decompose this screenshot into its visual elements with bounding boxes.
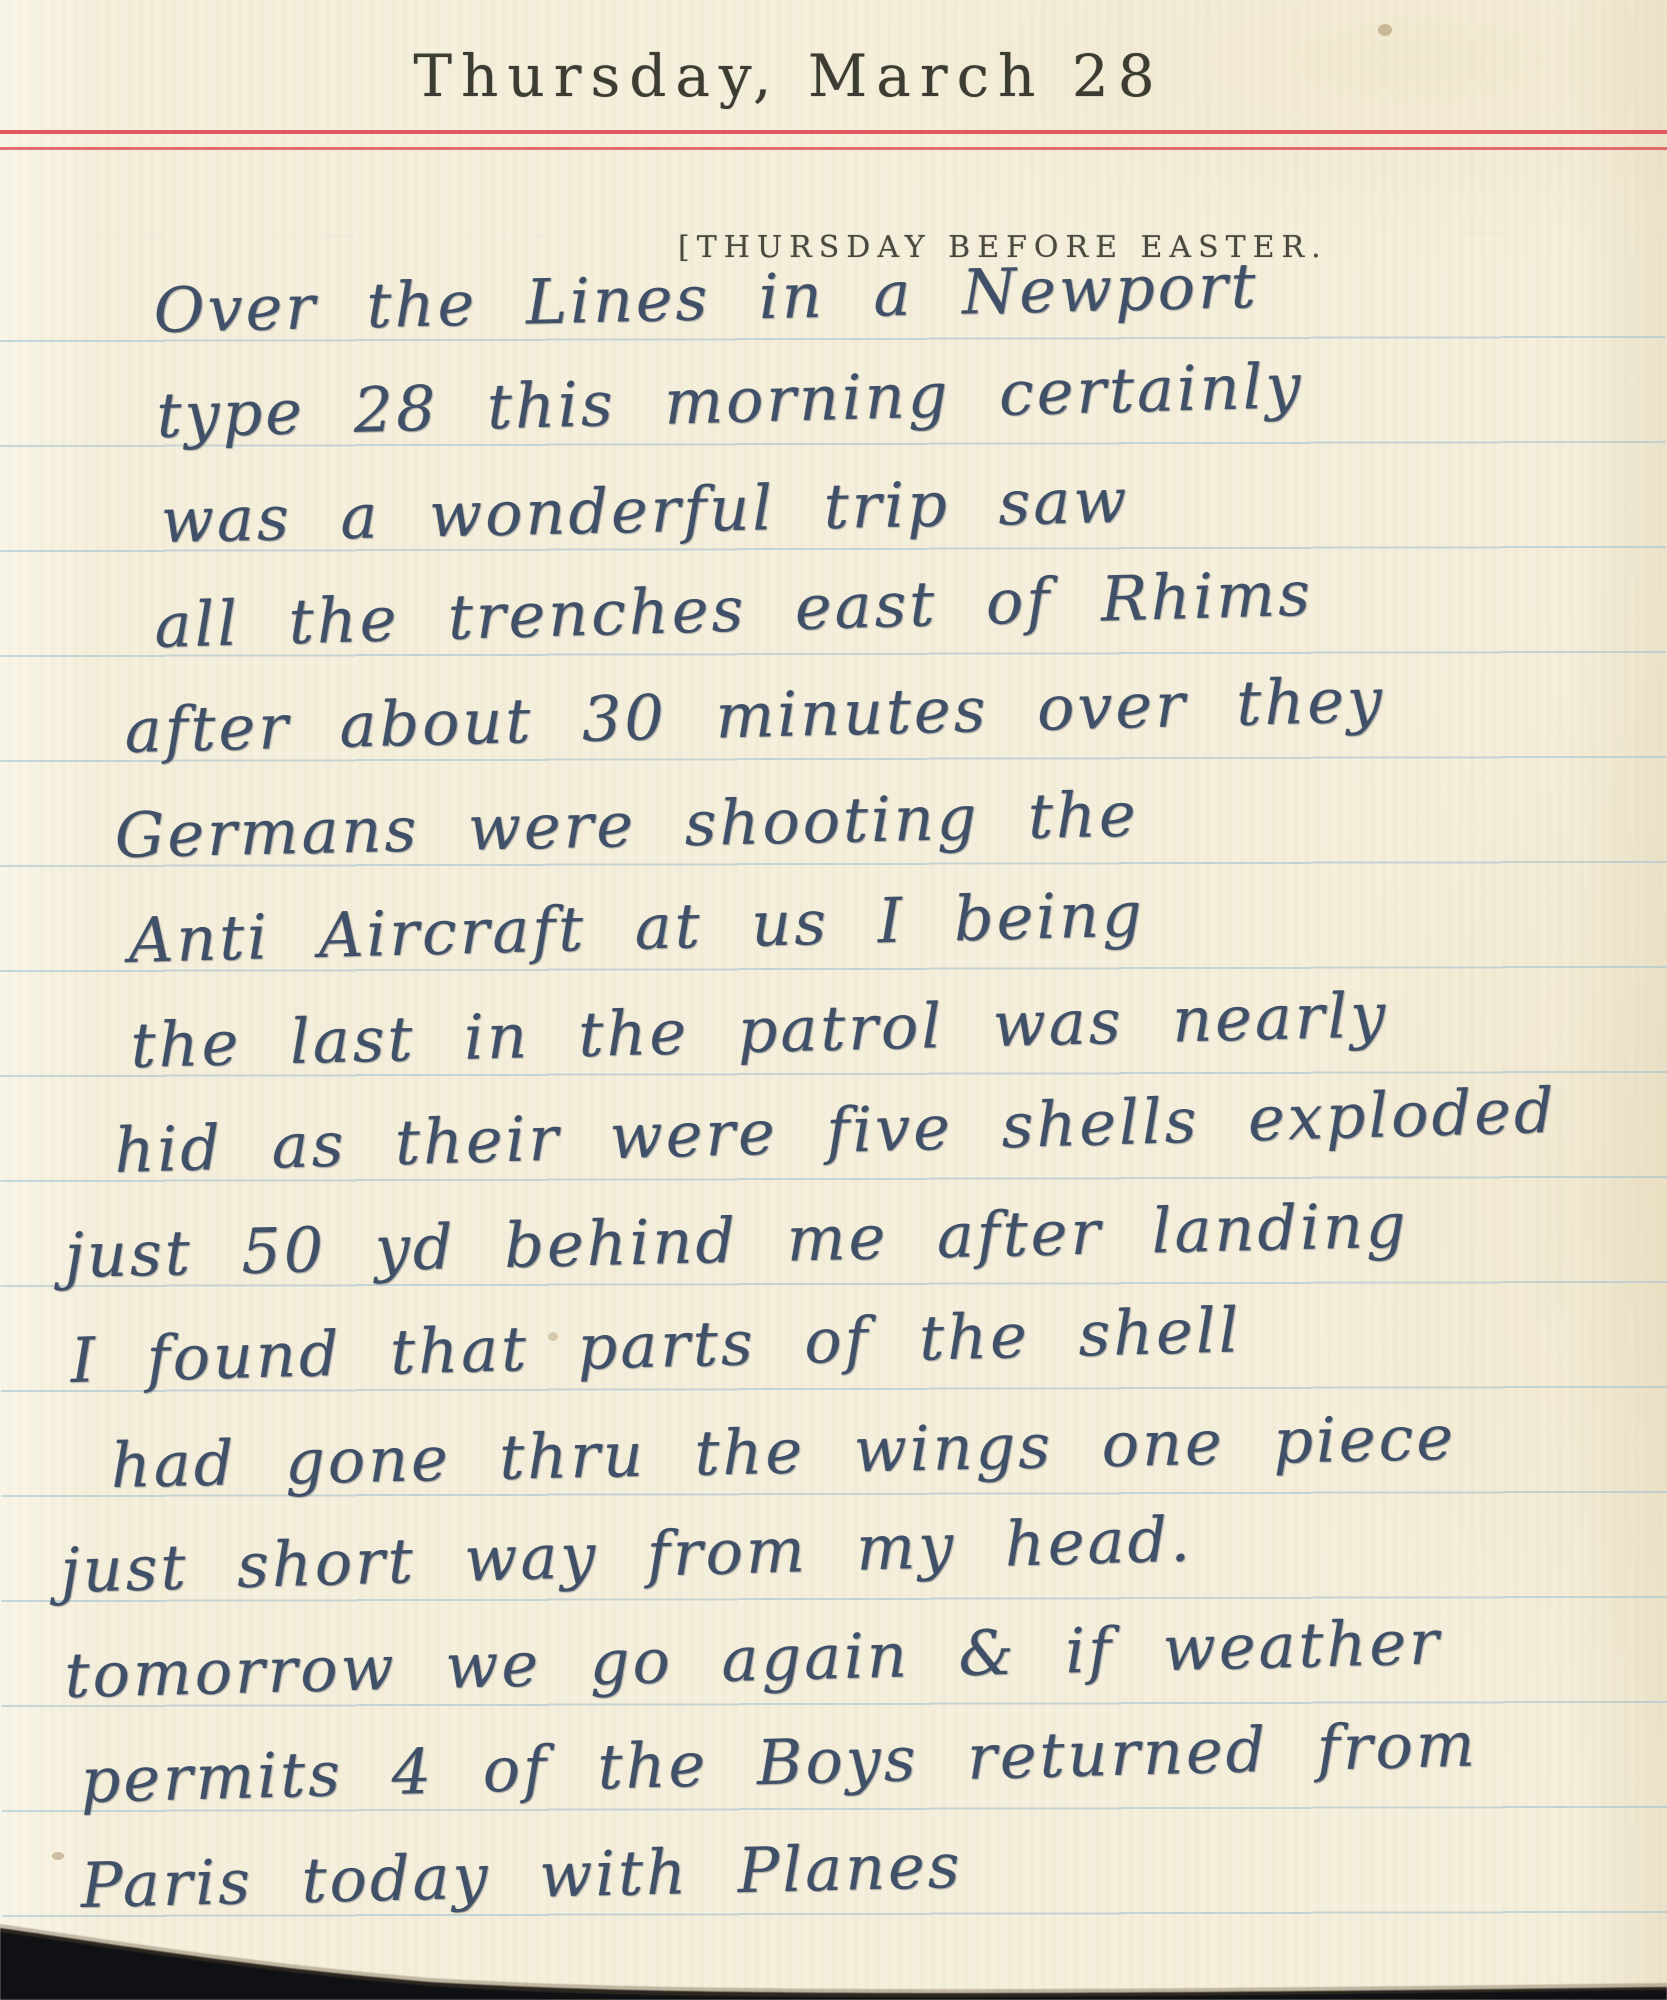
paper-stain xyxy=(1378,24,1392,36)
red-divider-bottom xyxy=(0,147,1667,150)
page-edge-shadow xyxy=(0,1920,1667,2000)
red-divider-top xyxy=(0,130,1667,134)
diary-page: Thursday, March 28 [THURSDAY BEFORE EAST… xyxy=(0,0,1667,2000)
diary-entry: Over the Lines in a Newport type 28 this… xyxy=(0,258,1667,1938)
printed-date-heading: Thursday, March 28 xyxy=(0,42,1622,110)
